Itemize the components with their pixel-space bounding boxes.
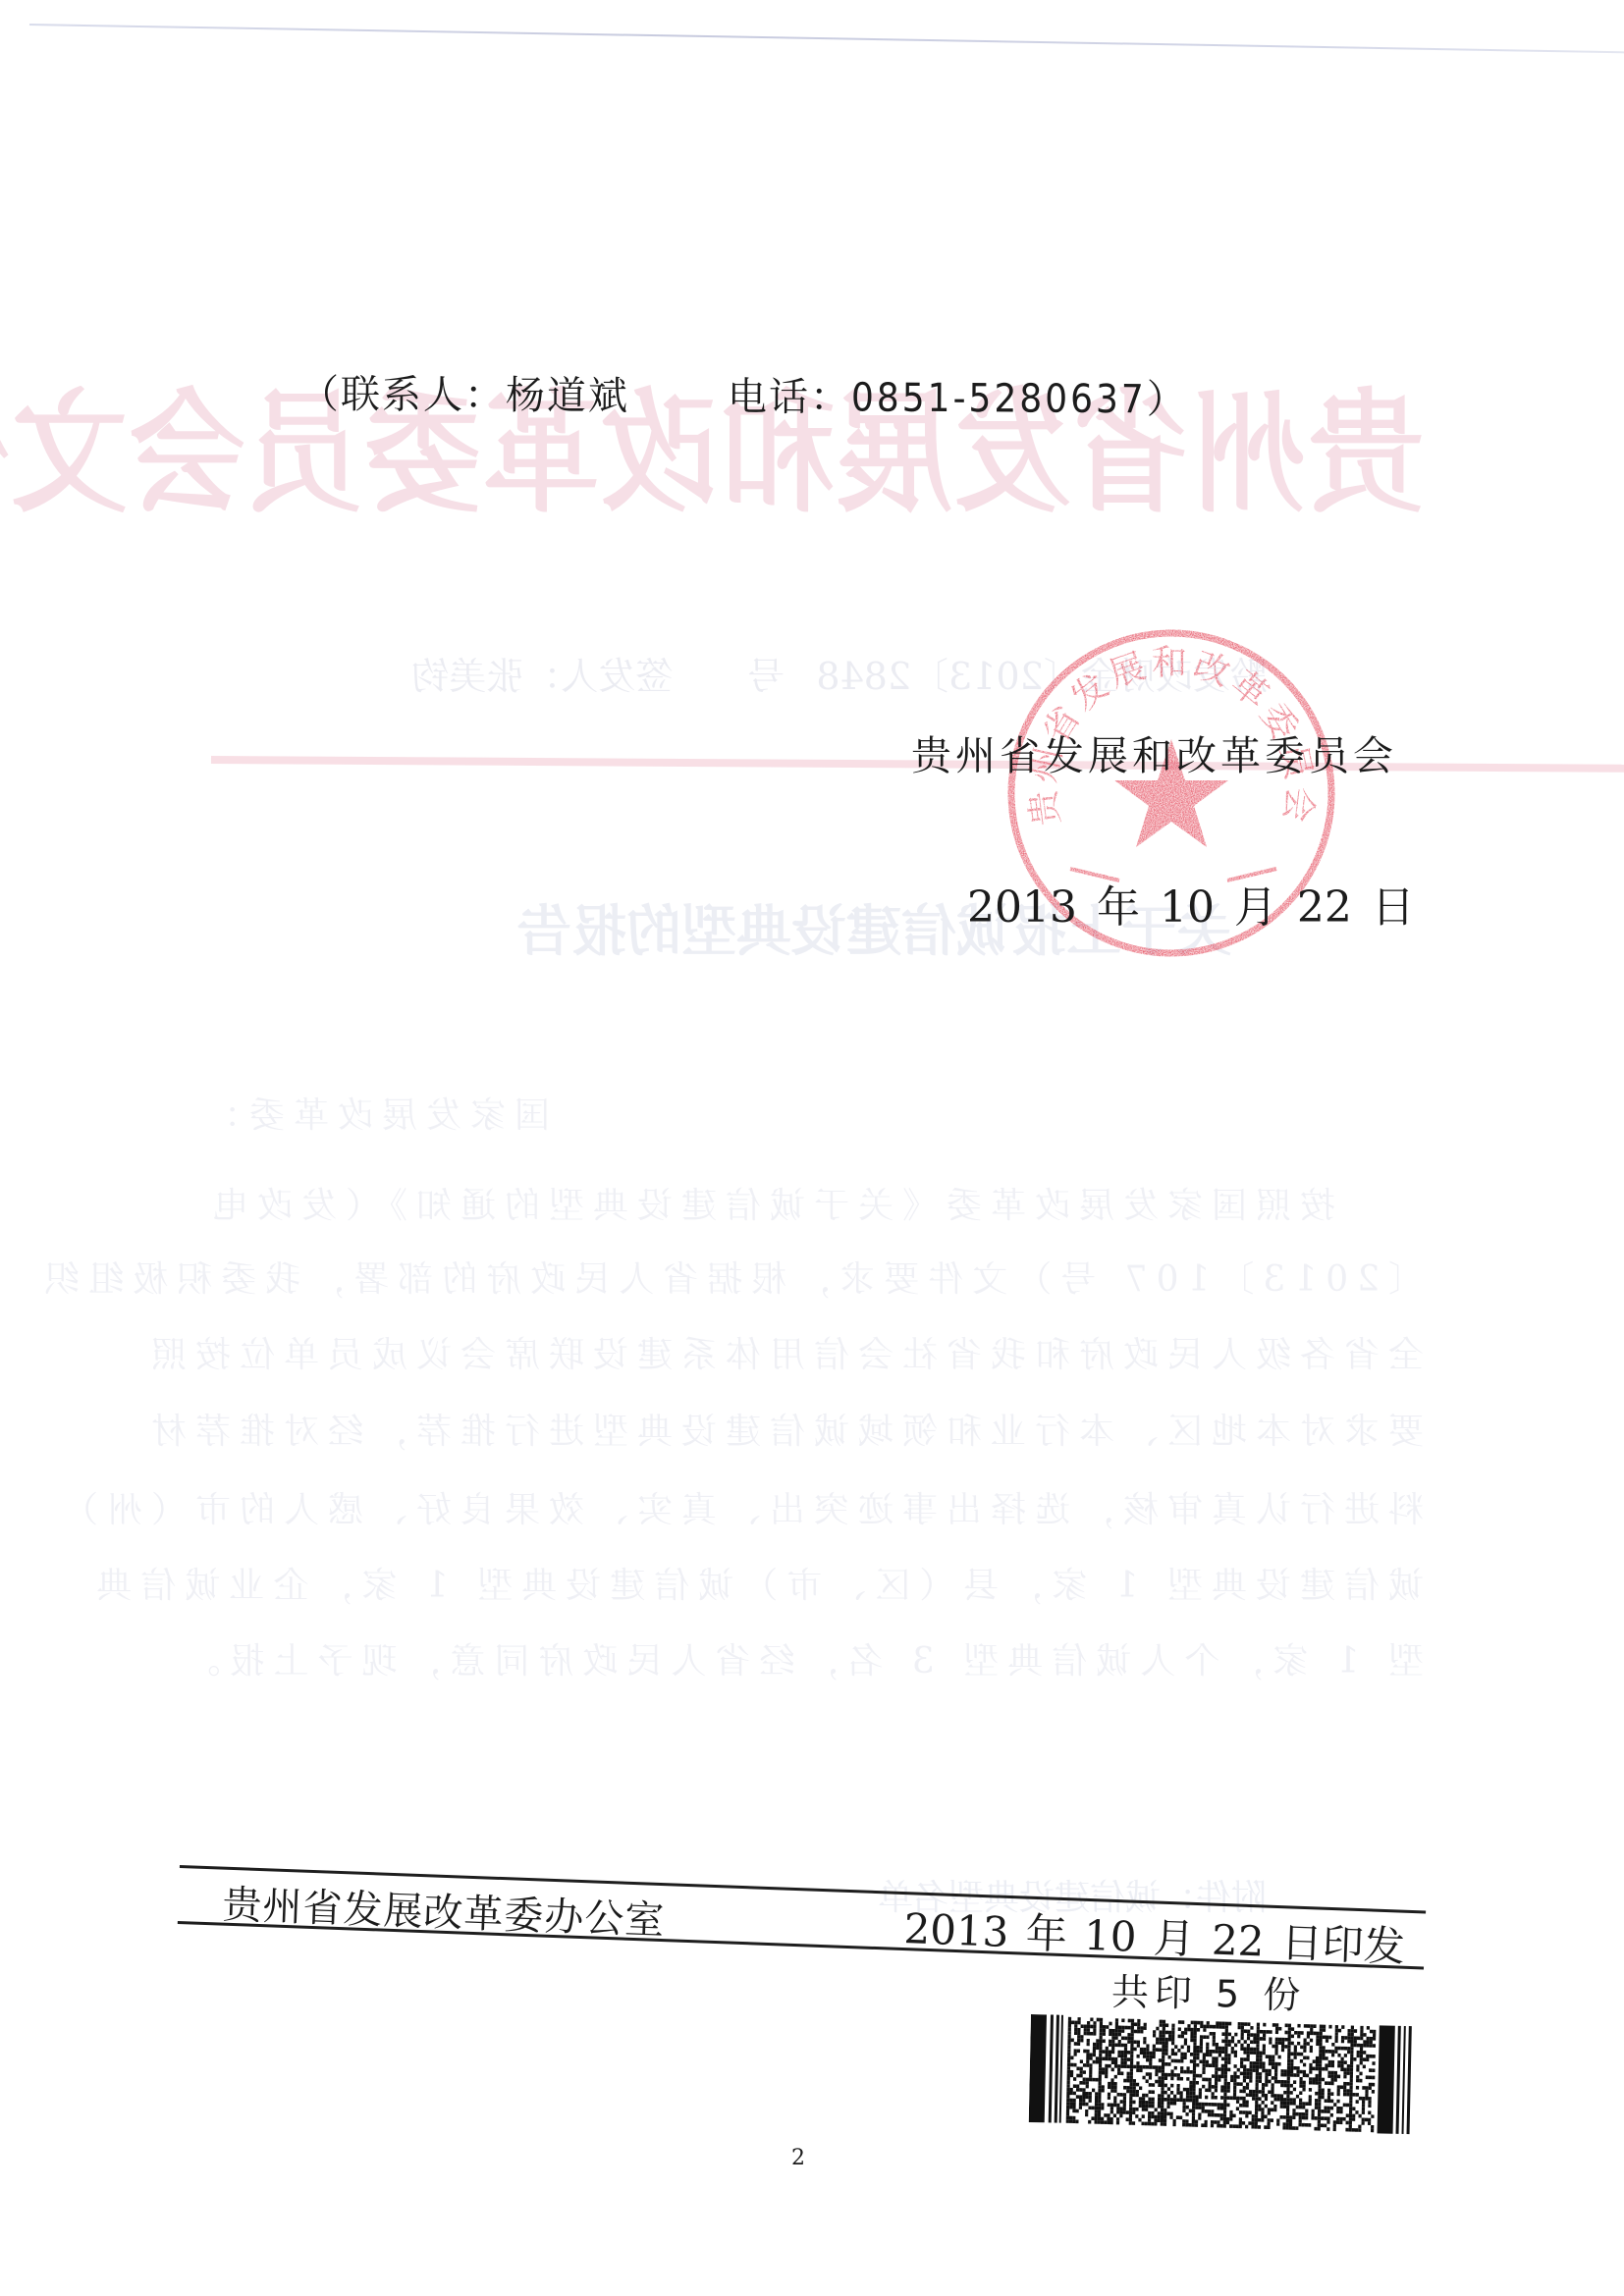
pdf417-barcode xyxy=(1029,2014,1414,2138)
contact-name: 杨道斌 xyxy=(506,373,629,419)
bleed-through-body-line: 型 1 家，个人诚信典型 3 名，经省人民政府同意，现予上报。 xyxy=(196,1633,1424,1683)
document-page: 贵州省发展和改革委员会文件 黔发改财金〔2013〕2848 号 签发人：张美钧 … xyxy=(0,0,1624,2296)
scan-edge-line xyxy=(29,24,1624,54)
bleed-through-body-line: 〔2013〕107 号）文件要求，根据省人民政府的部署，我委积极组织 xyxy=(196,1252,1424,1302)
contact-label: 联系人： xyxy=(341,372,506,418)
bleed-through-body-line: 国家发展改革委： xyxy=(196,1088,1424,1138)
phone-number: 0851-5280637 xyxy=(851,375,1147,422)
issue-date: 2013 年 10 月 22 日 xyxy=(967,872,1415,934)
bleed-through-body-line: 料进行认真审核，选择出事迹突出、真实、效果良好、感人的市（州） xyxy=(196,1482,1424,1532)
contact-close-paren: ） xyxy=(1147,377,1188,422)
page-number: 2 xyxy=(791,2146,805,2170)
issuing-authority: 贵州省发展和改革委员会 xyxy=(911,723,1397,781)
contact-open-paren: （ xyxy=(299,372,341,417)
copies-count: 共印 5 份 xyxy=(1111,1961,1307,2018)
phone-label: 电话： xyxy=(728,375,851,421)
bleed-through-body-line: 要求对本地区、本行业和领域诚信建设典型进行推荐，经对推荐材 xyxy=(196,1404,1424,1454)
contact-line: （联系人：杨道斌电话：0851-5280637） xyxy=(299,363,1188,425)
footer-office: 贵州省发展改革委办公室 xyxy=(222,1874,667,1946)
bleed-through-body-line: 按照国家发展改革委《关于诚信建设典型的通知》（发改电 xyxy=(196,1178,1424,1228)
bleed-through-body-line: 诚信建设典型 1 家，县（区、市）诚信建设典型 1 家，企业诚信典 xyxy=(196,1558,1424,1608)
print-footer: 贵州省发展改革委办公室 2013 年 10 月 22 日印发 xyxy=(178,1865,1426,1967)
bleed-through-body-line: 全省各级人民政府和我省社会信用体系建设联席会议成员单位按照 xyxy=(196,1327,1424,1377)
